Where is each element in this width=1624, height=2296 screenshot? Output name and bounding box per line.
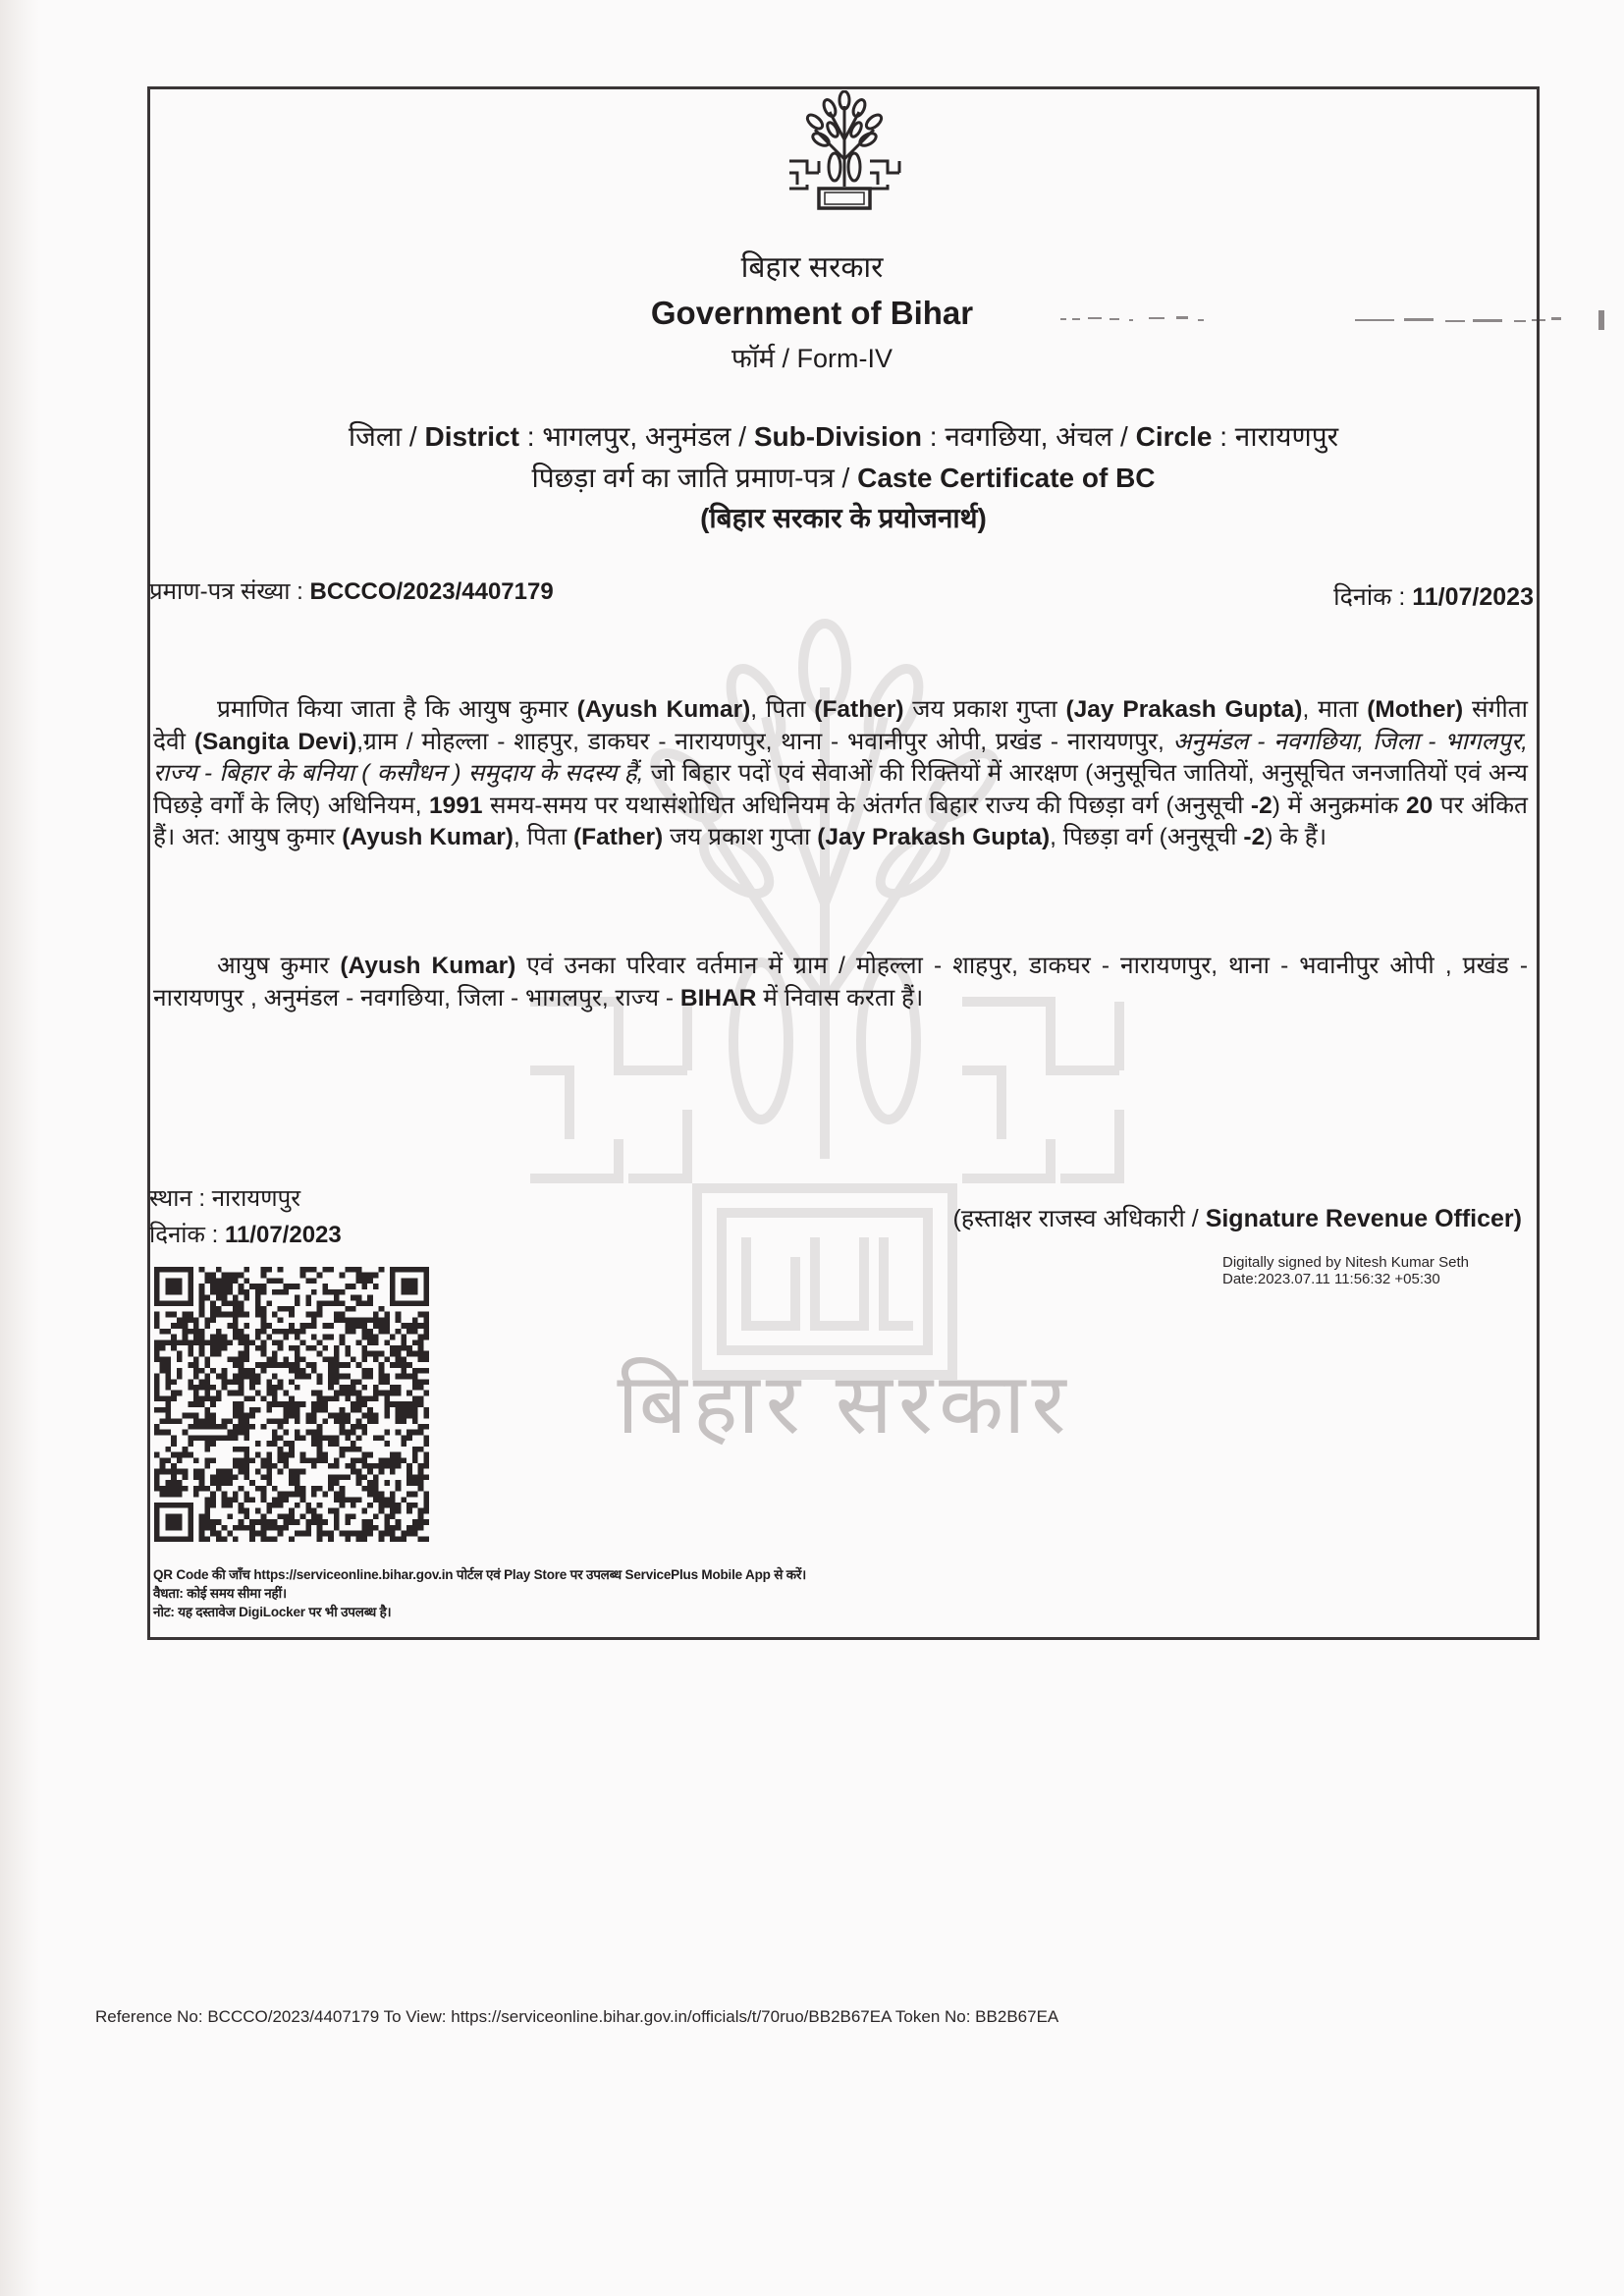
subdivision-value: : नवगछिया, अंचल / [922,421,1136,452]
text: जय प्रकाश गुप्ता [663,824,817,850]
digital-sign-date: Date:2023.07.11 11:56:32 +05:30 [1222,1271,1469,1287]
circle-label: Circle [1136,421,1213,452]
applicant-name-en: (Ayush Kumar) [340,953,515,979]
digilocker-note: नोट: यह दस्तावेज DigiLocker पर भी उपलब्ध… [153,1603,806,1621]
place-line: स्थान : नारायणपुर [149,1181,300,1214]
serial-number: 20 [1406,793,1433,819]
certificate-title: पिछड़ा वर्ग का जाति प्रमाण-पत्र / Caste … [147,459,1540,496]
certificate-title-english: Caste Certificate of BC [857,463,1155,493]
father-name-en: (Jay Prakash Gupta) [817,824,1050,850]
issue-date-value: 11/07/2023 [225,1222,342,1248]
father-name-en: (Jay Prakash Gupta) [1066,696,1303,723]
certificate-number-label: प्रमाण-पत्र संख्या : [149,578,310,605]
signature-label-english: Signature Revenue Officer) [1206,1205,1522,1232]
text: , पिता [514,824,573,850]
form-label: फॉर्म / Form-IV [0,339,1624,375]
certificate-date: दिनांक : 11/07/2023 [1333,579,1534,613]
validity-note: वैधता: कोई समय सीमा नहीं। [153,1584,806,1603]
applicant-name-en: (Ayush Kumar) [577,696,751,723]
certificate-purpose: (बिहार सरकार के प्रयोजनार्थ) [147,499,1540,536]
certificate-date-label: दिनांक : [1333,583,1412,611]
qr-verification-note: QR Code की जाँच https://serviceonline.bi… [153,1565,806,1584]
certificate-date-value: 11/07/2023 [1412,583,1534,611]
father-label: (Father) [814,696,903,723]
father-label: (Father) [573,824,663,850]
mother-label: (Mother) [1367,696,1463,723]
act-year: 1991 [429,793,483,819]
district-value: : भागलपुर, अनुमंडल / [519,421,754,452]
bihar-emblem-icon [785,90,903,210]
issue-date-line: दिनांक : 11/07/2023 [149,1218,342,1250]
text: जय प्रकाश गुप्ता [903,696,1065,723]
applicant-name-en: (Ayush Kumar) [342,824,514,850]
state-name: BIHAR [680,985,757,1011]
text: ) में अनुक्रमांक [1272,793,1406,819]
certificate-number-value: BCCCO/2023/4407179 [310,578,554,605]
text: ,ग्राम / मोहल्ला - शाहपुर, डाकघर - नाराय… [356,729,1172,755]
schedule-number: -2 [1243,824,1265,850]
certificate-number: प्रमाण-पत्र संख्या : BCCCO/2023/4407179 [149,574,554,607]
digital-signature: Digitally signed by Nitesh Kumar Seth Da… [1222,1254,1469,1287]
certification-paragraph: प्रमाणित किया जाता है कि आयुष कुमार (Ayu… [153,694,1528,854]
text: में निवास करता हैं। [756,985,923,1011]
text: , पिता [750,696,814,723]
district-label: District [424,421,518,452]
mother-name-en: (Sangita Devi) [194,729,356,755]
certificate-title-hindi: पिछड़ा वर्ग का जाति प्रमाण-पत्र / [531,463,857,493]
residence-paragraph: आयुष कुमार (Ayush Kumar) एवं उनका परिवार… [153,951,1528,1014]
text: , पिछड़ा वर्ग (अनुसूची [1050,824,1243,850]
text: ) के हैं। [1265,824,1326,850]
circle-value: : नारायणपुर [1212,421,1338,452]
schedule-number: -2 [1251,793,1272,819]
signature-label: (हस्ताक्षर राजस्व अधिकारी / Signature Re… [953,1201,1522,1234]
place-value: नारायणपुर [212,1185,300,1212]
issue-date-label: दिनांक : [149,1222,225,1248]
text: आयुष कुमार [217,953,340,979]
digital-signer: Digitally signed by Nitesh Kumar Seth [1222,1254,1469,1271]
subdivision-label: Sub-Division [754,421,922,452]
header-title-hindi: बिहार सरकार [0,246,1624,286]
text: समय-समय पर यथासंशोधित अधिनियम के अंतर्गत… [483,793,1251,819]
district-prefix: जिला / [349,421,425,452]
text: प्रमाणित किया जाता है कि आयुष कुमार [217,696,577,723]
district-line: जिला / District : भागलपुर, अनुमंडल / Sub… [147,417,1540,455]
watermark-text: बिहार सरकार [589,1343,1100,1458]
signature-label-hindi: (हस्ताक्षर राजस्व अधिकारी / [953,1205,1206,1232]
place-label: स्थान : [149,1185,212,1212]
header-title-english: Government of Bihar [0,295,1624,332]
qr-code-icon [154,1267,429,1542]
reference-footer: Reference No: BCCCO/2023/4407179 To View… [95,2007,1058,2027]
notes-block: QR Code की जाँच https://serviceonline.bi… [153,1565,806,1621]
text: , माता [1302,696,1367,723]
